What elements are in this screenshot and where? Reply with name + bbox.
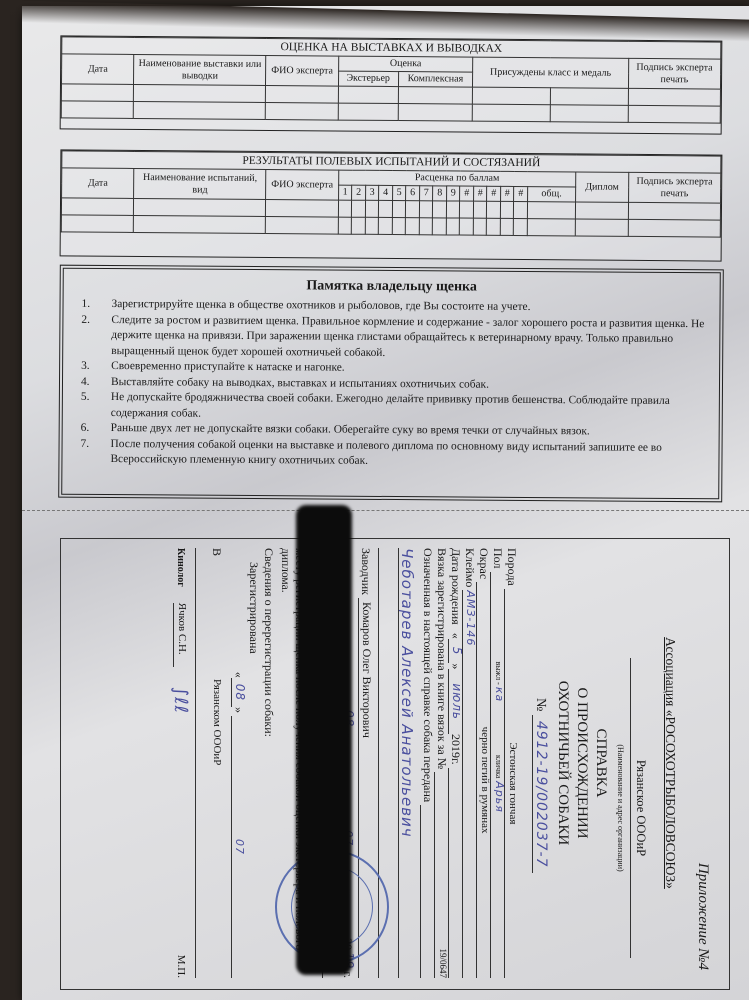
birth-year: 2019г. [448, 734, 463, 765]
shows-table: ОЦЕНКА НА ВЫСТАВКАХ И ВЫВОДКАХ Дата Наим… [61, 36, 722, 123]
col-trial-name: Наименование испытаний, вид [134, 168, 266, 199]
col-complex: Комплексная [398, 72, 473, 88]
certificate-number: № 4912-19/002037-7 [533, 698, 548, 873]
trials-table: РЕЗУЛЬТАТЫ ПОЛЕВЫХ ИСПЫТАНИЙ И СОСТЯЗАНИ… [61, 150, 722, 237]
fold-line [22, 510, 749, 511]
col-point: общ. [528, 187, 576, 202]
col-point: 2 [352, 185, 366, 200]
color-value: черно пегий в румянах [476, 582, 492, 978]
field-sex: Пол выжл - ка кличка Арья [490, 548, 504, 978]
col-point: # [460, 186, 474, 201]
memo-item: 5.Не допускайте бродяжничества своей соб… [63, 390, 709, 426]
col-point: 1 [338, 185, 352, 200]
litter-number: 19/0647 [434, 772, 450, 978]
field-brand: Клеймо АМЗ-146 [462, 548, 476, 978]
col-awarded: Присуждены класс и медаль [473, 57, 629, 88]
col-point: # [514, 186, 528, 201]
field-litter: Вязка зарегистрирована в книге вязок за … [434, 548, 448, 978]
organization-name: Рязанское ОООиР [630, 658, 648, 958]
field-in: В Рязанском ОООиР [209, 548, 231, 978]
col-point: 9 [446, 186, 460, 201]
origin-certificate: Приложение №4 Ассоциация «РОСОХОТРЫБОЛОВ… [60, 538, 728, 988]
birth-month: июль [448, 669, 464, 734]
col-point: 8 [433, 186, 447, 201]
col-point: 3 [365, 185, 379, 200]
brand-value: АМЗ-146 [462, 590, 478, 978]
field-birth-date: Дата рождения « 5 » июль 2019г. [448, 548, 462, 978]
memo-title: Памятка владельцу щенка [64, 277, 720, 298]
field-color: Окрас черно пегий в румянах [476, 548, 490, 978]
organization-caption: (Наименование и адрес организации) [613, 658, 628, 958]
col-point: # [487, 186, 501, 201]
col-point: 5 [392, 186, 406, 201]
certificate-number-value: 4912-19/002037-7 [532, 715, 549, 874]
col-date: Дата [61, 54, 134, 85]
col-point: # [473, 186, 487, 201]
col-signature: Подпись эксперта печать [628, 172, 720, 203]
col-event-name: Наименование выставки или выводки [134, 54, 266, 85]
field-cynologist: Кинолог Ячков С.Н. ∫ℓℓ М.П. [173, 548, 195, 978]
col-diploma: Диплом [576, 172, 629, 202]
appendix-label: Приложение №4 [695, 863, 710, 970]
field-transferred: Означенная в настоящей справке собака пе… [420, 548, 434, 978]
col-point: 7 [419, 186, 433, 201]
sex-value: ка [493, 687, 506, 702]
col-date: Дата [62, 168, 135, 199]
association-name: Ассоциация «РОСОХОТРЫБОЛОВСОЮЗ» [663, 538, 678, 988]
col-exterior: Экстерьер [338, 71, 398, 86]
col-expert: ФИО эксперта [266, 170, 339, 201]
birth-day: 5 [448, 639, 464, 664]
field-registered: Зарегистрирована « 08 » 07 [231, 548, 261, 978]
signature-icon: ∫ℓℓ [173, 687, 188, 714]
in-value: Рязанском ОООиР [209, 559, 224, 978]
puppy-owner-memo: Памятка владельцу щенка 1.Зарегистрируйт… [61, 268, 721, 500]
trials-table-section: РЕЗУЛЬТАТЫ ПОЛЕВЫХ ИСПЫТАНИЙ И СОСТЯЗАНИ… [60, 149, 723, 261]
certificate-title: СПРАВКА О ПРОИСХОЖДЕНИИ ОХОТНИЧЬЕЙ СОБАК… [553, 538, 610, 988]
col-expert: ФИО эксперта [266, 56, 339, 87]
col-signature: Подпись эксперта печать [628, 58, 720, 89]
col-score: Оценка [338, 56, 473, 72]
memo-item: 7.После получения собакой оценки на выст… [62, 436, 708, 472]
stamp-place: М.П. [173, 955, 188, 978]
field-new-owner: Чеботарев Алексей Анатольевич [398, 548, 420, 978]
shows-table-section: ОЦЕНКА НА ВЫСТАВКАХ И ВЫВОДКАХ Дата Наим… [60, 35, 723, 134]
redaction-bar [296, 505, 352, 975]
col-point: 6 [406, 186, 420, 201]
cynologist-value: Ячков С.Н. [173, 603, 189, 667]
memo-item: 2.Следите за ростом и развитием щенка. П… [63, 312, 709, 363]
memo-list: 1.Зарегистрируйте щенка в обществе охотн… [62, 297, 719, 472]
col-point: # [500, 186, 514, 201]
reregistration-label: Сведения о перерегистрации собаки: [261, 548, 276, 978]
dog-name-value: Арья [493, 781, 506, 813]
col-point: 4 [379, 185, 393, 200]
new-owner-value: Чеботарев Алексей Анатольевич [398, 548, 414, 978]
